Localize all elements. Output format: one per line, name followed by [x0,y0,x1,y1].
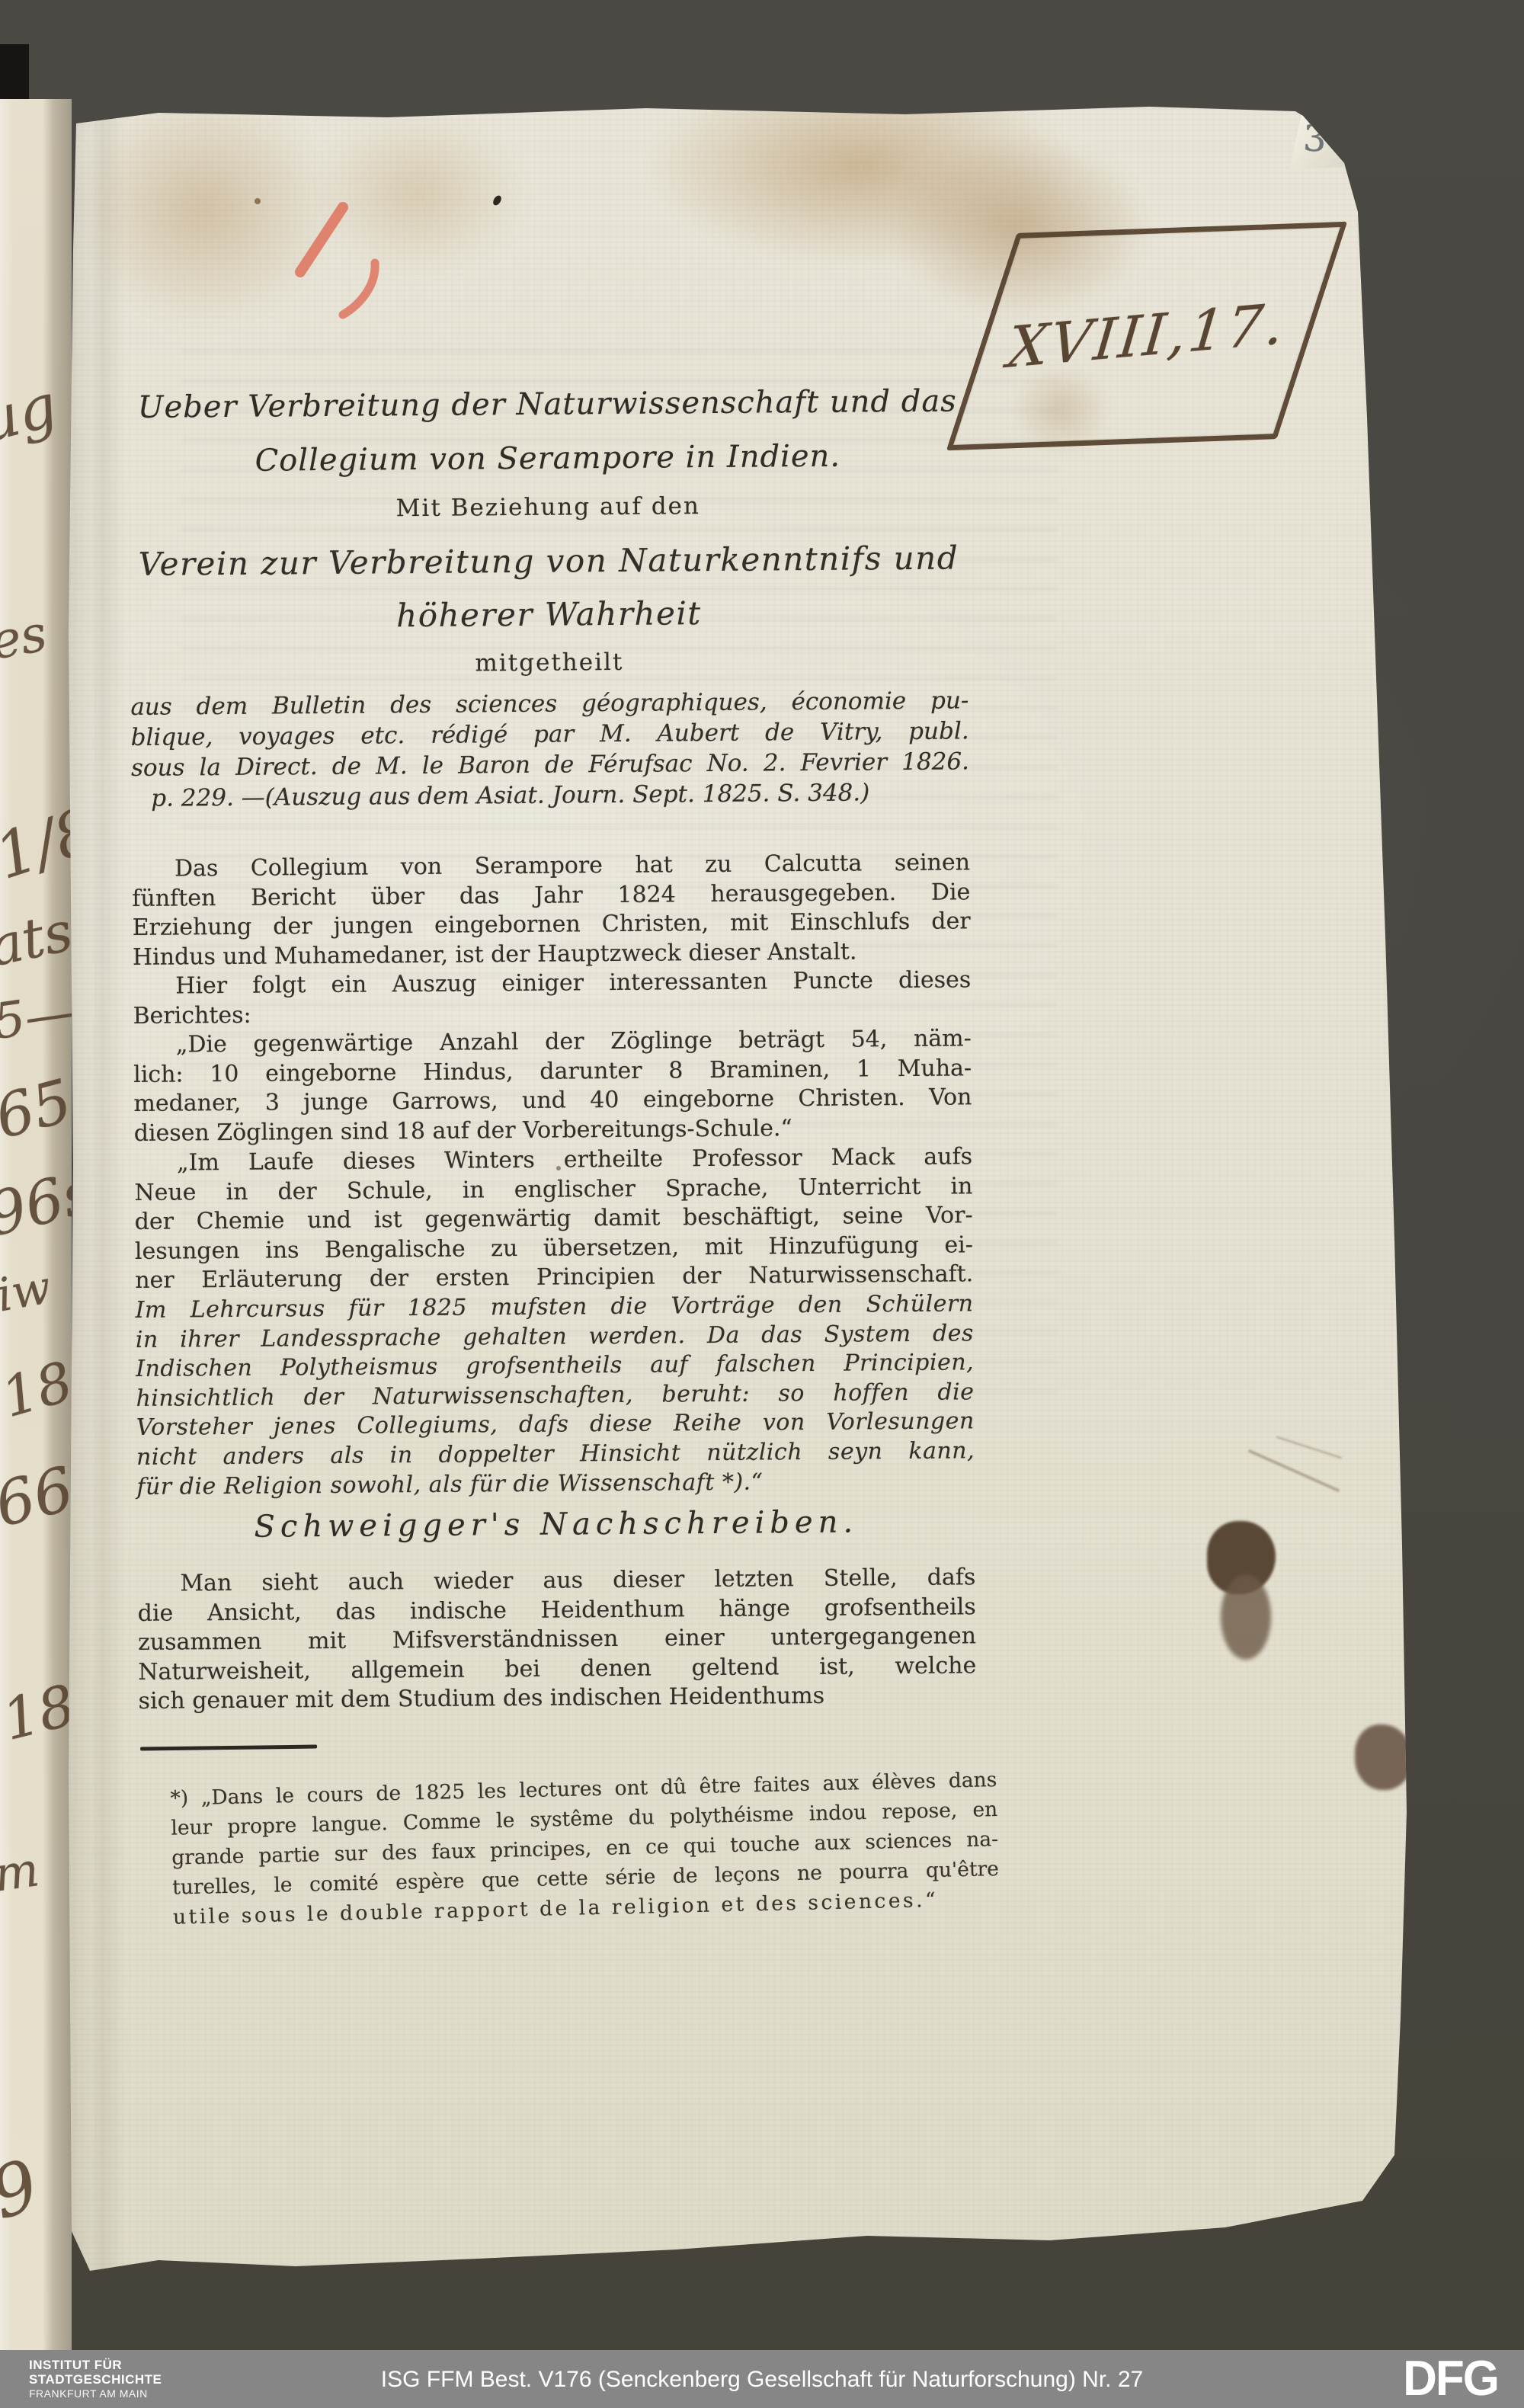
paragraph-intro: Das Collegium von Serampore hat zu Calcu… [132,848,971,972]
archive-scan: ug es 1/8 ats 5— 65. 96s iw 186 66 18 m … [0,0,1524,2408]
paragraph-quote-pupils: „Die gegenwärtige Anzahl der Zöglinge be… [133,1024,972,1148]
document-page: 3 XVIII,17. Ueber Verbreitung der Naturw… [67,98,1439,2275]
text-line: höherer Wahrheit [130,584,969,645]
handwriting-fragment: ug [0,371,64,456]
paragraph-follows: Hier folgt ein Auszug einiger interessan… [133,965,972,1031]
handwriting-fragment: es [0,604,51,671]
shelfmark-label: XVIII,17. [1005,291,1289,381]
text-line: für die Religion sowohl, als für die Wis… [136,1466,975,1502]
red-crayon-mark [288,197,456,334]
text-line: p. 229. —(Auszug aus dem Asiat. Journ. S… [131,777,969,814]
handwriting-fragment: 66 [0,1453,72,1541]
reference-label: ISG FFM Best. V176 (Senckenberg Gesellsc… [0,2367,1524,2393]
adjacent-page-edge: ug es 1/8 ats 5— 65. 96s iw 186 66 18 m … [0,99,72,2352]
ink-speck [491,194,503,207]
handwriting-fragment: iw [0,1260,55,1322]
section-heading: Schweigger's Nachschreiben. [137,1503,975,1545]
transmitted-line: mitgetheilt [130,645,969,680]
paragraph-quote-mack-roman: „Im Laufe dieses Winters ertheilte Profe… [134,1142,973,1296]
footer-bar: INSTITUT FÜR STADTGESCHICHTE FRANKFURT A… [0,2350,1524,2408]
page-stain [646,67,1073,265]
handwriting-fragment: 186 [0,1340,72,1430]
relation-line: Mit Beziehung auf den [129,490,967,524]
society-name: Verein zur Verbreitung von Naturkenntnif… [130,531,969,645]
handwriting-fragment: ats [0,899,72,979]
ink-streak [1248,1449,1340,1493]
handwriting-fragment: m [0,1841,43,1902]
source-note: aus dem Bulletin des sciences géographiq… [130,685,969,814]
text-line: sich genauer mit dem Studium des indisch… [138,1681,976,1717]
page-number: 3 [1302,117,1327,160]
handwriting-fragment: 18 [0,1673,72,1753]
handwriting-fragment: 1/8 [0,794,72,894]
footnote-separator [140,1744,317,1750]
text-line: Ueber Verbreitung der Naturwissenschaft … [128,374,967,435]
paragraph-quote-mack-italic: Im Lehrcursus für 1825 mufsten die Vortr… [135,1289,975,1502]
handwriting-fragment: 5— [0,984,72,1051]
document-title: Ueber Verbreitung der Naturwissenschaft … [128,374,967,489]
handwriting-fragment: 65. [0,1062,72,1152]
paragraph-nachschreiben: Man sieht auch wieder aus dieser letzten… [137,1563,976,1717]
shelfmark-stamp: XVIII,17. [946,222,1347,451]
text-line: Collegium von Serampore in Indien. [129,428,968,489]
text-line: Verein zur Verbreitung von Naturkenntnif… [130,531,969,591]
ink-speck [255,198,261,204]
handwriting-fragment: 96s [0,1158,72,1250]
ink-blot [1221,1574,1271,1660]
handwriting-fragment: 9 [0,2144,49,2236]
ink-blot [1355,1724,1413,1790]
dfg-logo: DFG [1403,2351,1498,2407]
printed-text-block: Ueber Verbreitung der Naturwissenschaft … [128,374,978,1981]
footnote: *) „Dans le cours de 1825 les lectures o… [170,1765,1000,1932]
ink-streak [1276,1436,1343,1459]
